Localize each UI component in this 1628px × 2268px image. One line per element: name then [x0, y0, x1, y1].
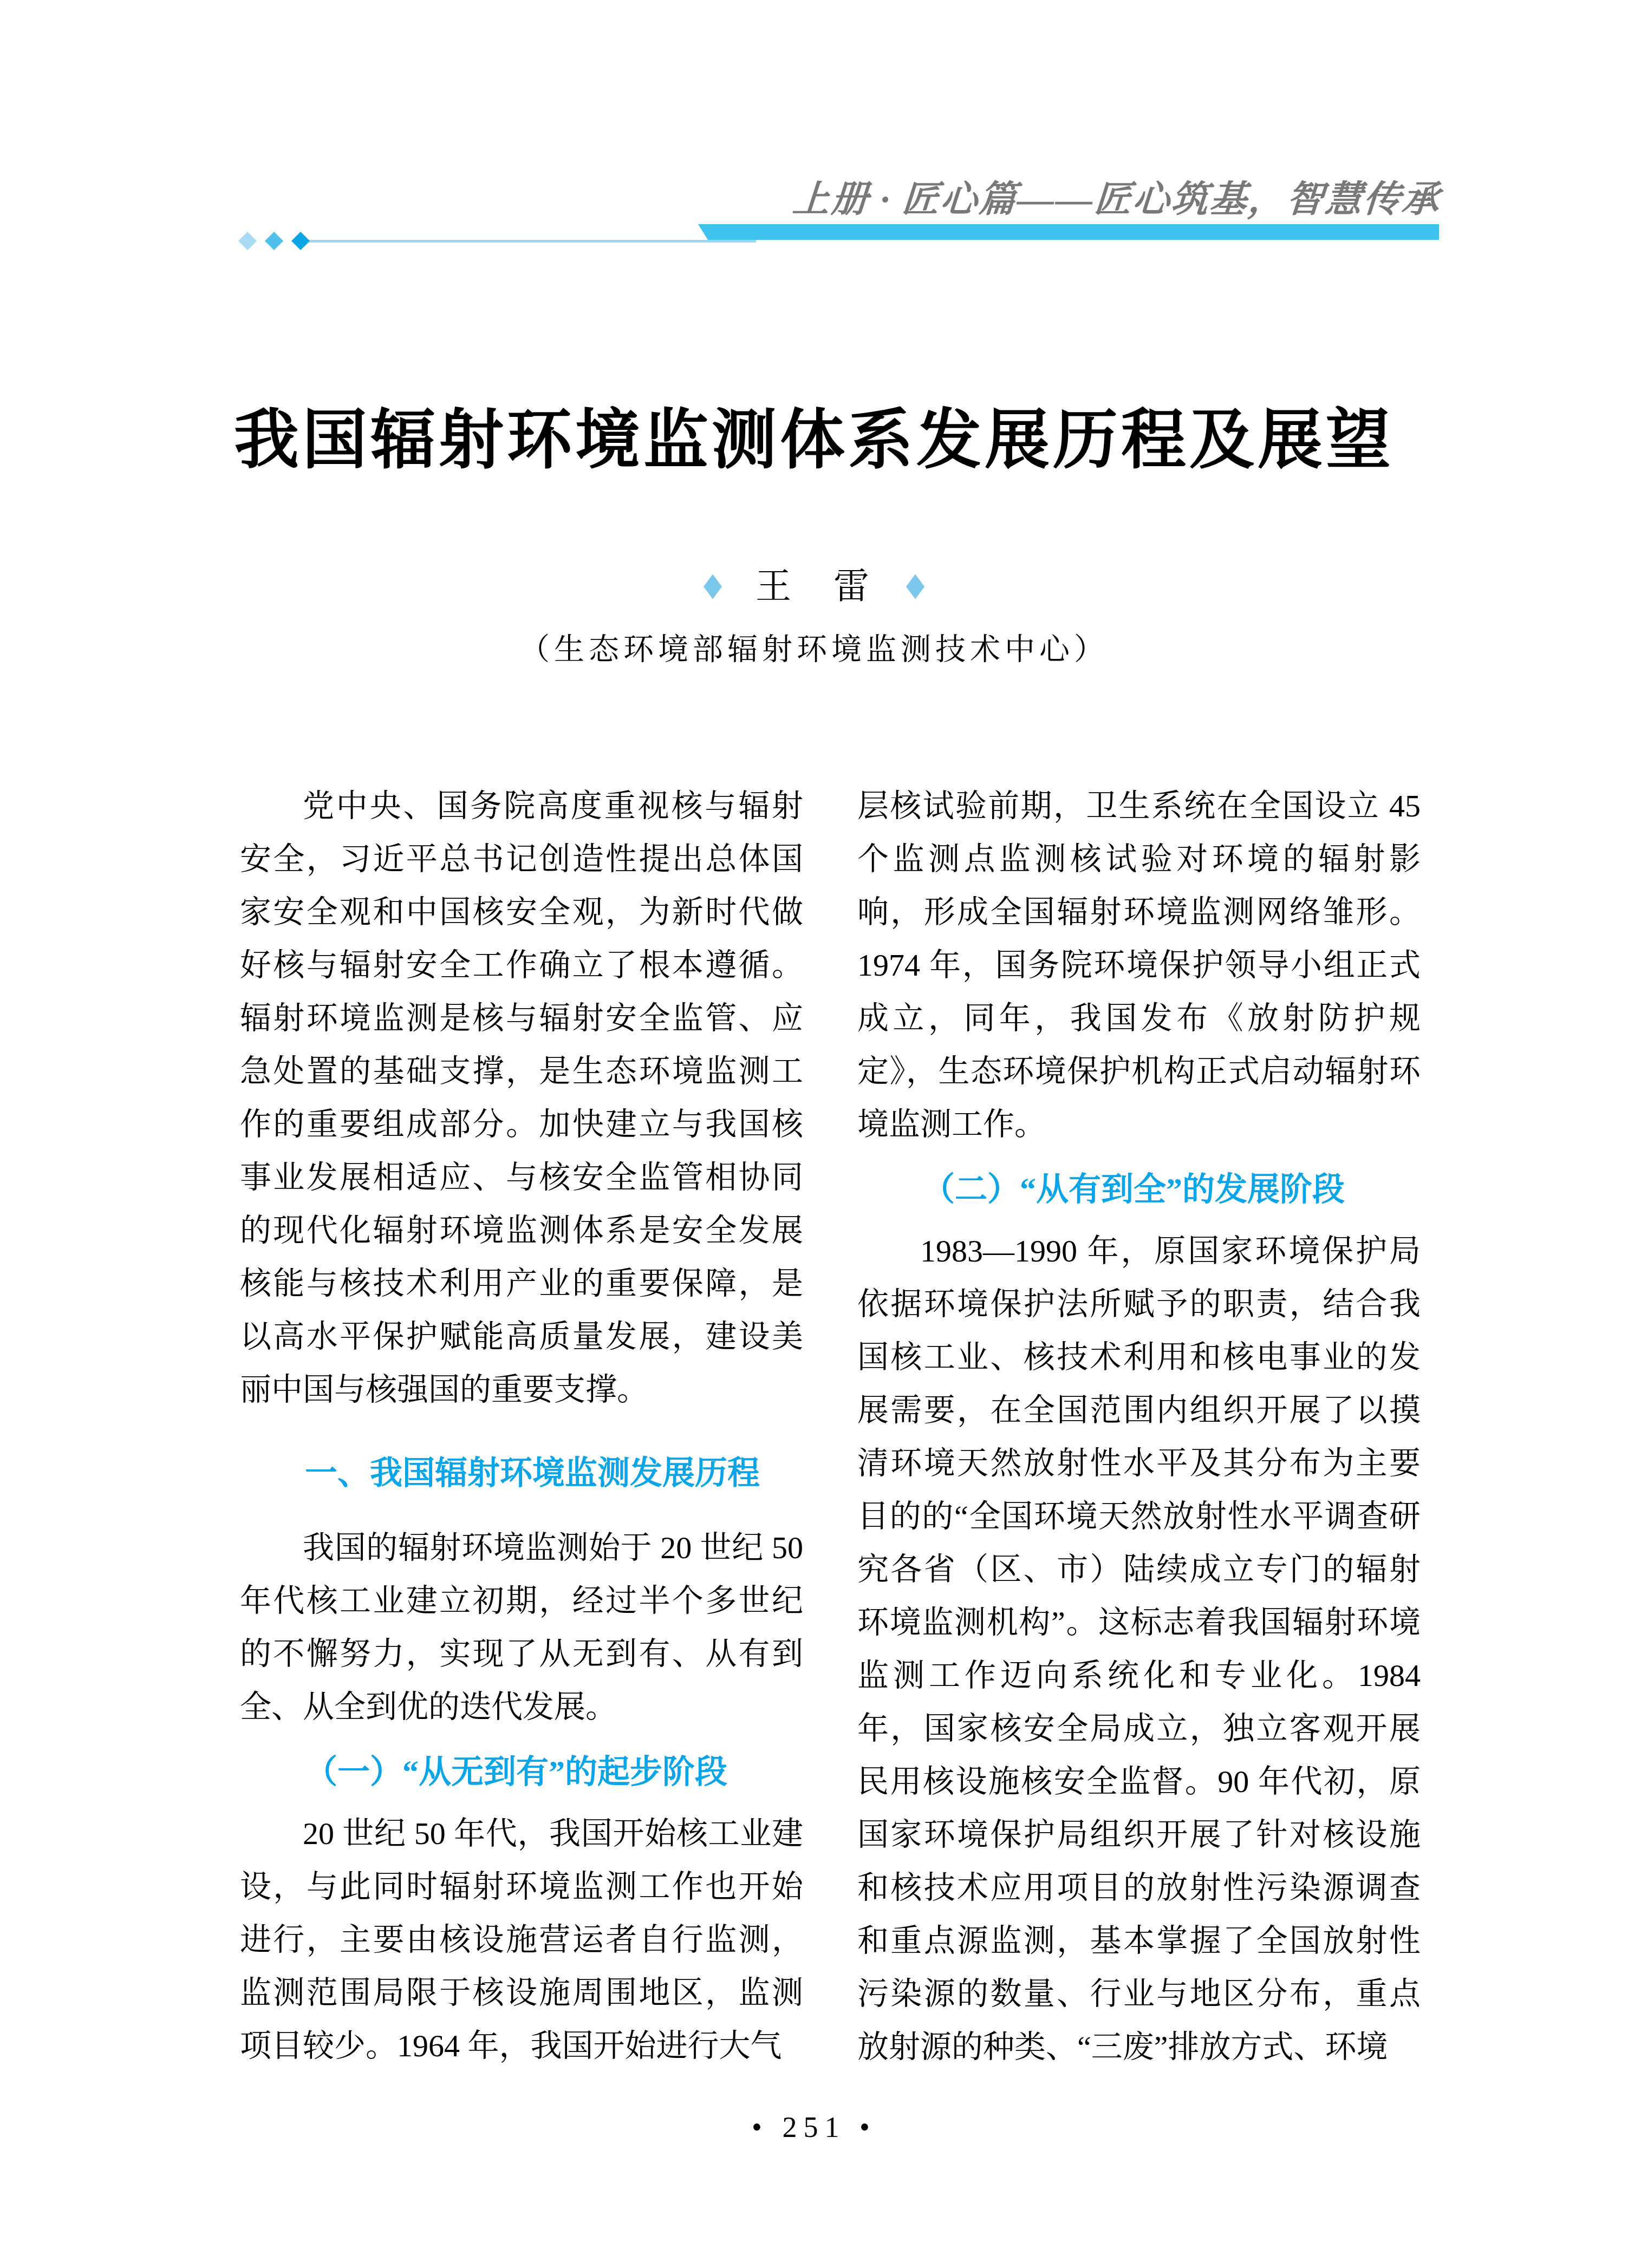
- left-column: 党中央、国务院高度重视核与辐射安全，习近平总书记创造性提出总体国家安全观和中国核…: [240, 780, 803, 2074]
- subsection-heading: （二）“从有到全”的发展阶段: [857, 1163, 1421, 1216]
- subsection-heading: （一）“从无到有”的起步阶段: [240, 1746, 803, 1799]
- diamond-icon: [238, 232, 257, 250]
- right-column: 层核试验前期，卫生系统在全国设立 45 个监测点监测核试验对环境的辐射影响，形成…: [857, 780, 1421, 2074]
- diamond-icon: [291, 232, 310, 250]
- paragraph: 层核试验前期，卫生系统在全国设立 45 个监测点监测核试验对环境的辐射影响，形成…: [857, 780, 1421, 1151]
- header-accent-line: [309, 240, 756, 243]
- author-row: 王 雷: [0, 565, 1628, 608]
- article-body: 党中央、国务院高度重视核与辐射安全，习近平总书记创造性提出总体国家安全观和中国核…: [240, 780, 1421, 2074]
- paragraph: 20 世纪 50 年代，我国开始核工业建设，与此同时辐射环境监测工作也开始进行，…: [240, 1807, 803, 2073]
- article-title: 我国辐射环境监测体系发展历程及展望: [0, 402, 1628, 480]
- running-title: 上册 · 匠心篇——匠心筑基，智慧传承: [791, 170, 1443, 223]
- paragraph: 党中央、国务院高度重视核与辐射安全，习近平总书记创造性提出总体国家安全观和中国核…: [240, 780, 803, 1416]
- page-number: • 251 •: [0, 2110, 1628, 2144]
- diamond-icon: [704, 574, 722, 599]
- section-heading: 一、我国辐射环境监测发展历程: [240, 1447, 803, 1500]
- paragraph: 1983—1990 年，原国家环境保护局依据环境保护法所赋予的职责，结合我国核工…: [857, 1225, 1421, 2074]
- author-affiliation: （生态环境部辐射环境监测技术中心）: [0, 630, 1628, 670]
- paragraph: 我国的辐射环境监测始于 20 世纪 50 年代核工业建立初期，经过半个多世纪的不…: [240, 1521, 803, 1734]
- diamond-icon: [265, 232, 283, 250]
- author-name: 王 雷: [756, 565, 872, 608]
- header-accent-bar: [698, 224, 1439, 240]
- document-page: 上册 · 匠心篇——匠心筑基，智慧传承 我国辐射环境监测体系发展历程及展望 王 …: [0, 0, 1628, 2268]
- diamond-icon: [906, 574, 924, 599]
